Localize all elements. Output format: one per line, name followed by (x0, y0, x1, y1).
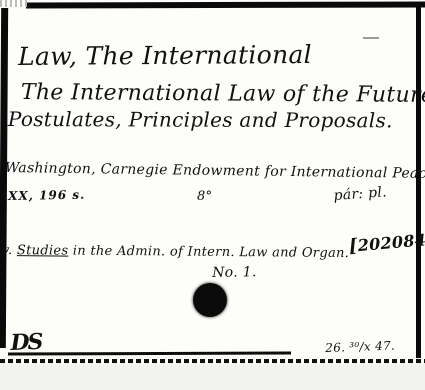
cataloger-initials: DS (10, 329, 42, 356)
scanned-catalog-card-image: Law, The International The International… (0, 0, 425, 390)
series-title-underlined: Studies (17, 243, 69, 258)
series-number: No. 1. (212, 264, 257, 281)
punch-hole (193, 283, 227, 317)
scan-noise-top (0, 0, 30, 7)
title-line: The International Law of the Future. (21, 80, 425, 108)
card-top-edge (26, 1, 425, 8)
collation-pages: XX, 196 s. (8, 188, 85, 203)
heading-author-entry: Law, The International (18, 40, 312, 71)
scan-background (0, 363, 425, 390)
series-prefix: v. (2, 243, 13, 258)
format-octavo-mark: 8° (197, 189, 212, 204)
card-bottom-edge-dashed (0, 359, 425, 363)
series-title-rest: in the Admin. of Intern. Law and Organ. (68, 244, 349, 261)
date-annotation: 26. ³⁰/x 47. (325, 339, 395, 355)
stray-pen-mark (363, 37, 379, 39)
series-note: v. Studies in the Admin. of Intern. Law … (2, 243, 349, 261)
subtitle-line: Postulates, Principles and Proposals. (8, 107, 393, 132)
